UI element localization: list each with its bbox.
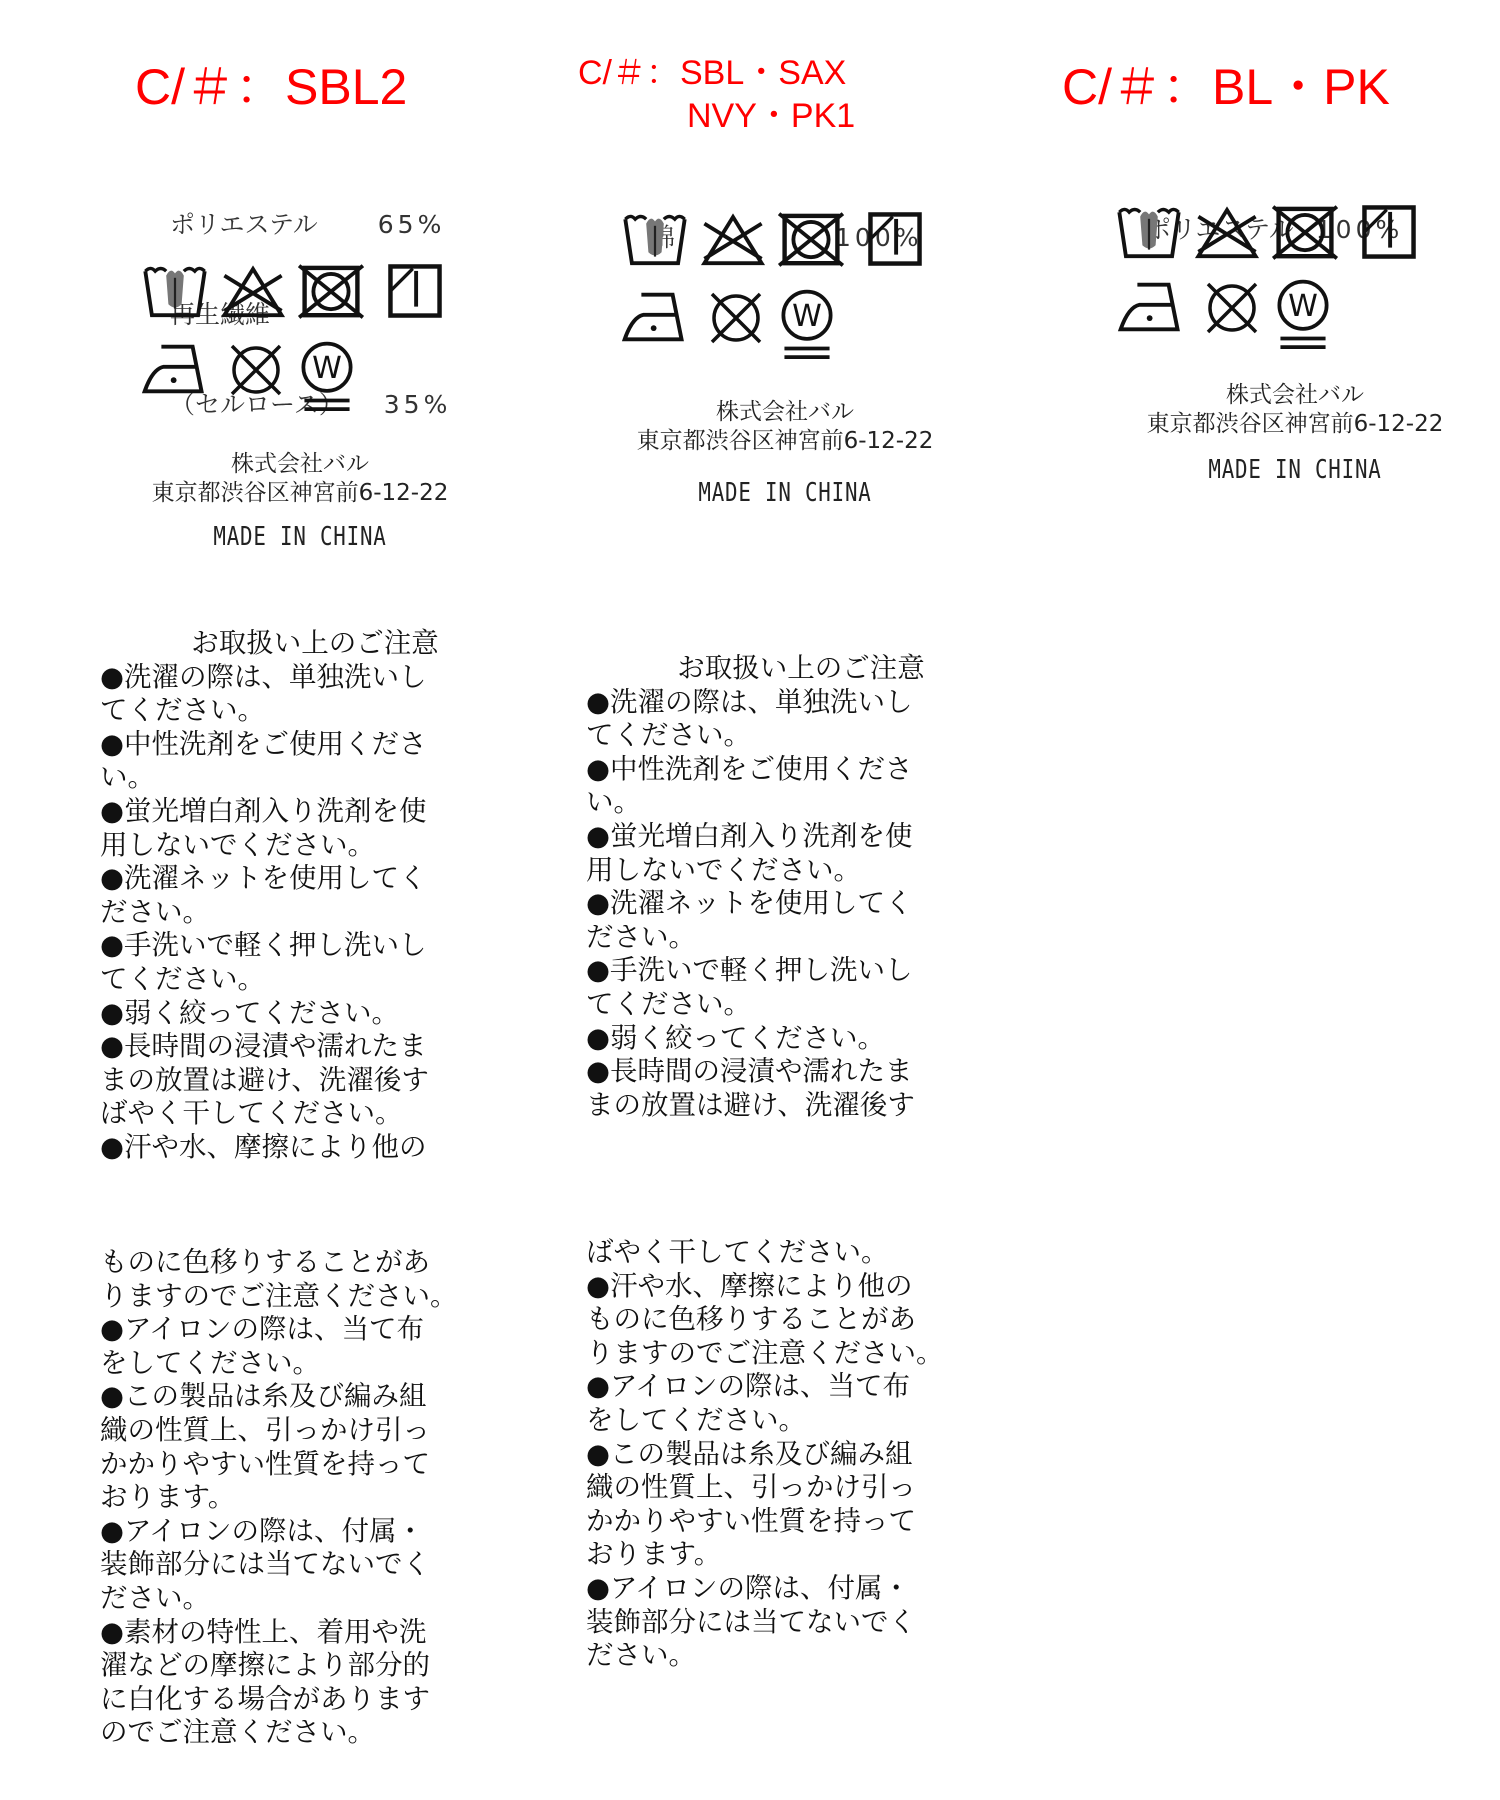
care-symbols-row-2 [140, 340, 356, 416]
note-line: い。 [586, 786, 1016, 820]
note-line: をしてください。 [100, 1347, 530, 1381]
note-line: ●洗濯ネットを使用してく [100, 862, 530, 896]
care-notes-block-1: お取扱い上のご注意 ●洗濯の際は、単独洗いし てください。 ●中性洗剤をご使用く… [100, 627, 530, 1165]
no-dry-clean-icon [706, 288, 766, 348]
note-line: ださい。 [100, 1582, 530, 1616]
note-line: りますのでご注意ください。 [586, 1337, 1016, 1371]
note-line: てください。 [100, 963, 530, 997]
note-line: ●長時間の浸漬や濡れたま [586, 1055, 1016, 1089]
note-line: ●汗や水、摩擦により他の [100, 1131, 530, 1165]
note-line: かかりやすい性質を持って [586, 1505, 1016, 1539]
note-line: おります。 [586, 1538, 1016, 1572]
care-symbols-row-1 [622, 210, 924, 268]
note-line: 装飾部分には当てないでく [586, 1606, 1016, 1640]
note-line: ●蛍光増白剤入り洗剤を使 [586, 820, 1016, 854]
note-line: ●アイロンの際は、付属・ [100, 1515, 530, 1549]
manufacturer-address: 東京都渋谷区神宮前6-12-22 [1100, 410, 1490, 439]
note-line: 織の性質上、引っかけ引っ [100, 1414, 530, 1448]
note-line: に白化する場合があります [100, 1683, 530, 1717]
material-percent: 35% [384, 390, 452, 419]
note-line: てください。 [100, 694, 530, 728]
note-line: ●手洗いで軽く押し洗いし [100, 929, 530, 963]
no-dry-clean-icon [226, 340, 286, 400]
shade-line-dry-icon [1360, 203, 1418, 261]
note-line: ●中性洗剤をご使用くださ [586, 753, 1016, 787]
wet-clean-very-mild-icon [298, 340, 356, 416]
note-line: まの放置は避け、洗濯後す [586, 1089, 1016, 1123]
note-line: てください。 [586, 719, 1016, 753]
note-line: 織の性質上、引っかけ引っ [586, 1471, 1016, 1505]
no-bleach-icon [1194, 203, 1260, 261]
no-bleach-icon [220, 262, 286, 320]
color-code-title-line-2: NVY・PK1 [687, 95, 855, 137]
note-line: い。 [100, 761, 530, 795]
manufacturer-address: 東京都渋谷区神宮前6-12-22 [590, 427, 980, 456]
iron-low-icon [620, 288, 694, 346]
country-of-origin: MADE IN CHINA [148, 522, 452, 552]
no-dry-clean-icon [1202, 278, 1262, 338]
note-line: ●汗や水、摩擦により他の [586, 1270, 1016, 1304]
note-line: 濯などの摩擦により部分的 [100, 1649, 530, 1683]
note-line: おります。 [100, 1481, 530, 1515]
wet-clean-very-mild-icon [1274, 278, 1332, 354]
note-line: ださい。 [586, 1639, 1016, 1673]
no-tumble-dry-icon [298, 262, 364, 320]
care-notes-block-2: ものに色移りすることがあ りますのでご注意ください。 ●アイロンの際は、当て布 … [100, 1246, 530, 1750]
care-symbols-row-2 [620, 288, 836, 364]
shade-line-dry-icon [386, 262, 444, 320]
note-line: ものに色移りすることがあ [586, 1303, 1016, 1337]
manufacturer-info: 株式会社バル 東京都渋谷区神宮前6-12-22 [590, 398, 980, 456]
note-line: ばやく干してください。 [100, 1097, 530, 1131]
note-line: ●この製品は糸及び編み組 [586, 1438, 1016, 1472]
note-line: 装飾部分には当てないでく [100, 1548, 530, 1582]
manufacturer-address: 東京都渋谷区神宮前6-12-22 [110, 479, 490, 508]
note-line: ●蛍光増白剤入り洗剤を使 [100, 795, 530, 829]
country-of-origin: MADE IN CHINA [1139, 455, 1451, 485]
note-line: りますのでご注意ください。 [100, 1280, 530, 1314]
note-line: ●弱く絞ってください。 [586, 1022, 1016, 1056]
note-line: ●アイロンの際は、付属・ [586, 1572, 1016, 1606]
no-bleach-icon [700, 210, 766, 268]
note-line: をしてください。 [586, 1404, 1016, 1438]
note-line: ださい。 [586, 921, 1016, 955]
care-notes-heading: お取扱い上のご注意 [100, 627, 530, 661]
hand-wash-icon [142, 262, 208, 320]
note-line: ●洗濯の際は、単独洗いし [586, 686, 1016, 720]
wet-clean-very-mild-icon [778, 288, 836, 364]
manufacturer-name: 株式会社バル [590, 398, 980, 427]
note-line: ●手洗いで軽く押し洗いし [586, 954, 1016, 988]
note-line: ●洗濯ネットを使用してく [586, 887, 1016, 921]
care-symbols-row-1 [1116, 203, 1418, 261]
hand-wash-icon [622, 210, 688, 268]
note-line: ●この製品は糸及び編み組 [100, 1380, 530, 1414]
no-tumble-dry-icon [778, 210, 844, 268]
note-line: ださい。 [100, 896, 530, 930]
manufacturer-info: 株式会社バル 東京都渋谷区神宮前6-12-22 [110, 450, 490, 508]
iron-low-icon [140, 340, 214, 398]
note-line: てください。 [586, 988, 1016, 1022]
note-line: ●アイロンの際は、当て布 [586, 1370, 1016, 1404]
note-line: ●素材の特性上、着用や洗 [100, 1616, 530, 1650]
color-code-title: C/＃：BL・PK [1062, 47, 1390, 119]
note-line: 用しないでください。 [586, 854, 1016, 888]
shade-line-dry-icon [866, 210, 924, 268]
note-line: ●弱く絞ってください。 [100, 997, 530, 1031]
note-line: ●長時間の浸漬や濡れたま [100, 1030, 530, 1064]
note-line: ●洗濯の際は、単独洗いし [100, 661, 530, 695]
no-tumble-dry-icon [1272, 203, 1338, 261]
material-name: ポリエステル [170, 210, 318, 239]
care-notes-block-2: ばやく干してください。 ●汗や水、摩擦により他の ものに色移りすることがあ りま… [586, 1236, 1016, 1673]
note-line: ものに色移りすることがあ [100, 1246, 530, 1280]
manufacturer-name: 株式会社バル [1100, 381, 1490, 410]
color-code-title: C/＃：SBL・SAX [578, 52, 846, 94]
manufacturer-name: 株式会社バル [110, 450, 490, 479]
note-line: ●アイロンの際は、当て布 [100, 1313, 530, 1347]
care-notes-heading: お取扱い上のご注意 [586, 652, 1016, 686]
note-line: 用しないでください。 [100, 829, 530, 863]
country-of-origin: MADE IN CHINA [629, 478, 941, 508]
care-symbols-row-2 [1116, 278, 1332, 354]
note-line: ばやく干してください。 [586, 1236, 1016, 1270]
hand-wash-icon [1116, 203, 1182, 261]
note-line: かかりやすい性質を持って [100, 1448, 530, 1482]
note-line: ●中性洗剤をご使用くださ [100, 728, 530, 762]
note-line: のでご注意ください。 [100, 1716, 530, 1750]
iron-low-icon [1116, 278, 1190, 336]
note-line: まの放置は避け、洗濯後す [100, 1064, 530, 1098]
care-notes-block-1: お取扱い上のご注意 ●洗濯の際は、単独洗いし てください。 ●中性洗剤をご使用く… [586, 652, 1016, 1122]
material-percent: 65% [378, 210, 446, 239]
color-code-title: C/＃：SBL2 [135, 47, 407, 119]
care-symbols-row-1 [142, 262, 444, 320]
manufacturer-info: 株式会社バル 東京都渋谷区神宮前6-12-22 [1100, 381, 1490, 439]
